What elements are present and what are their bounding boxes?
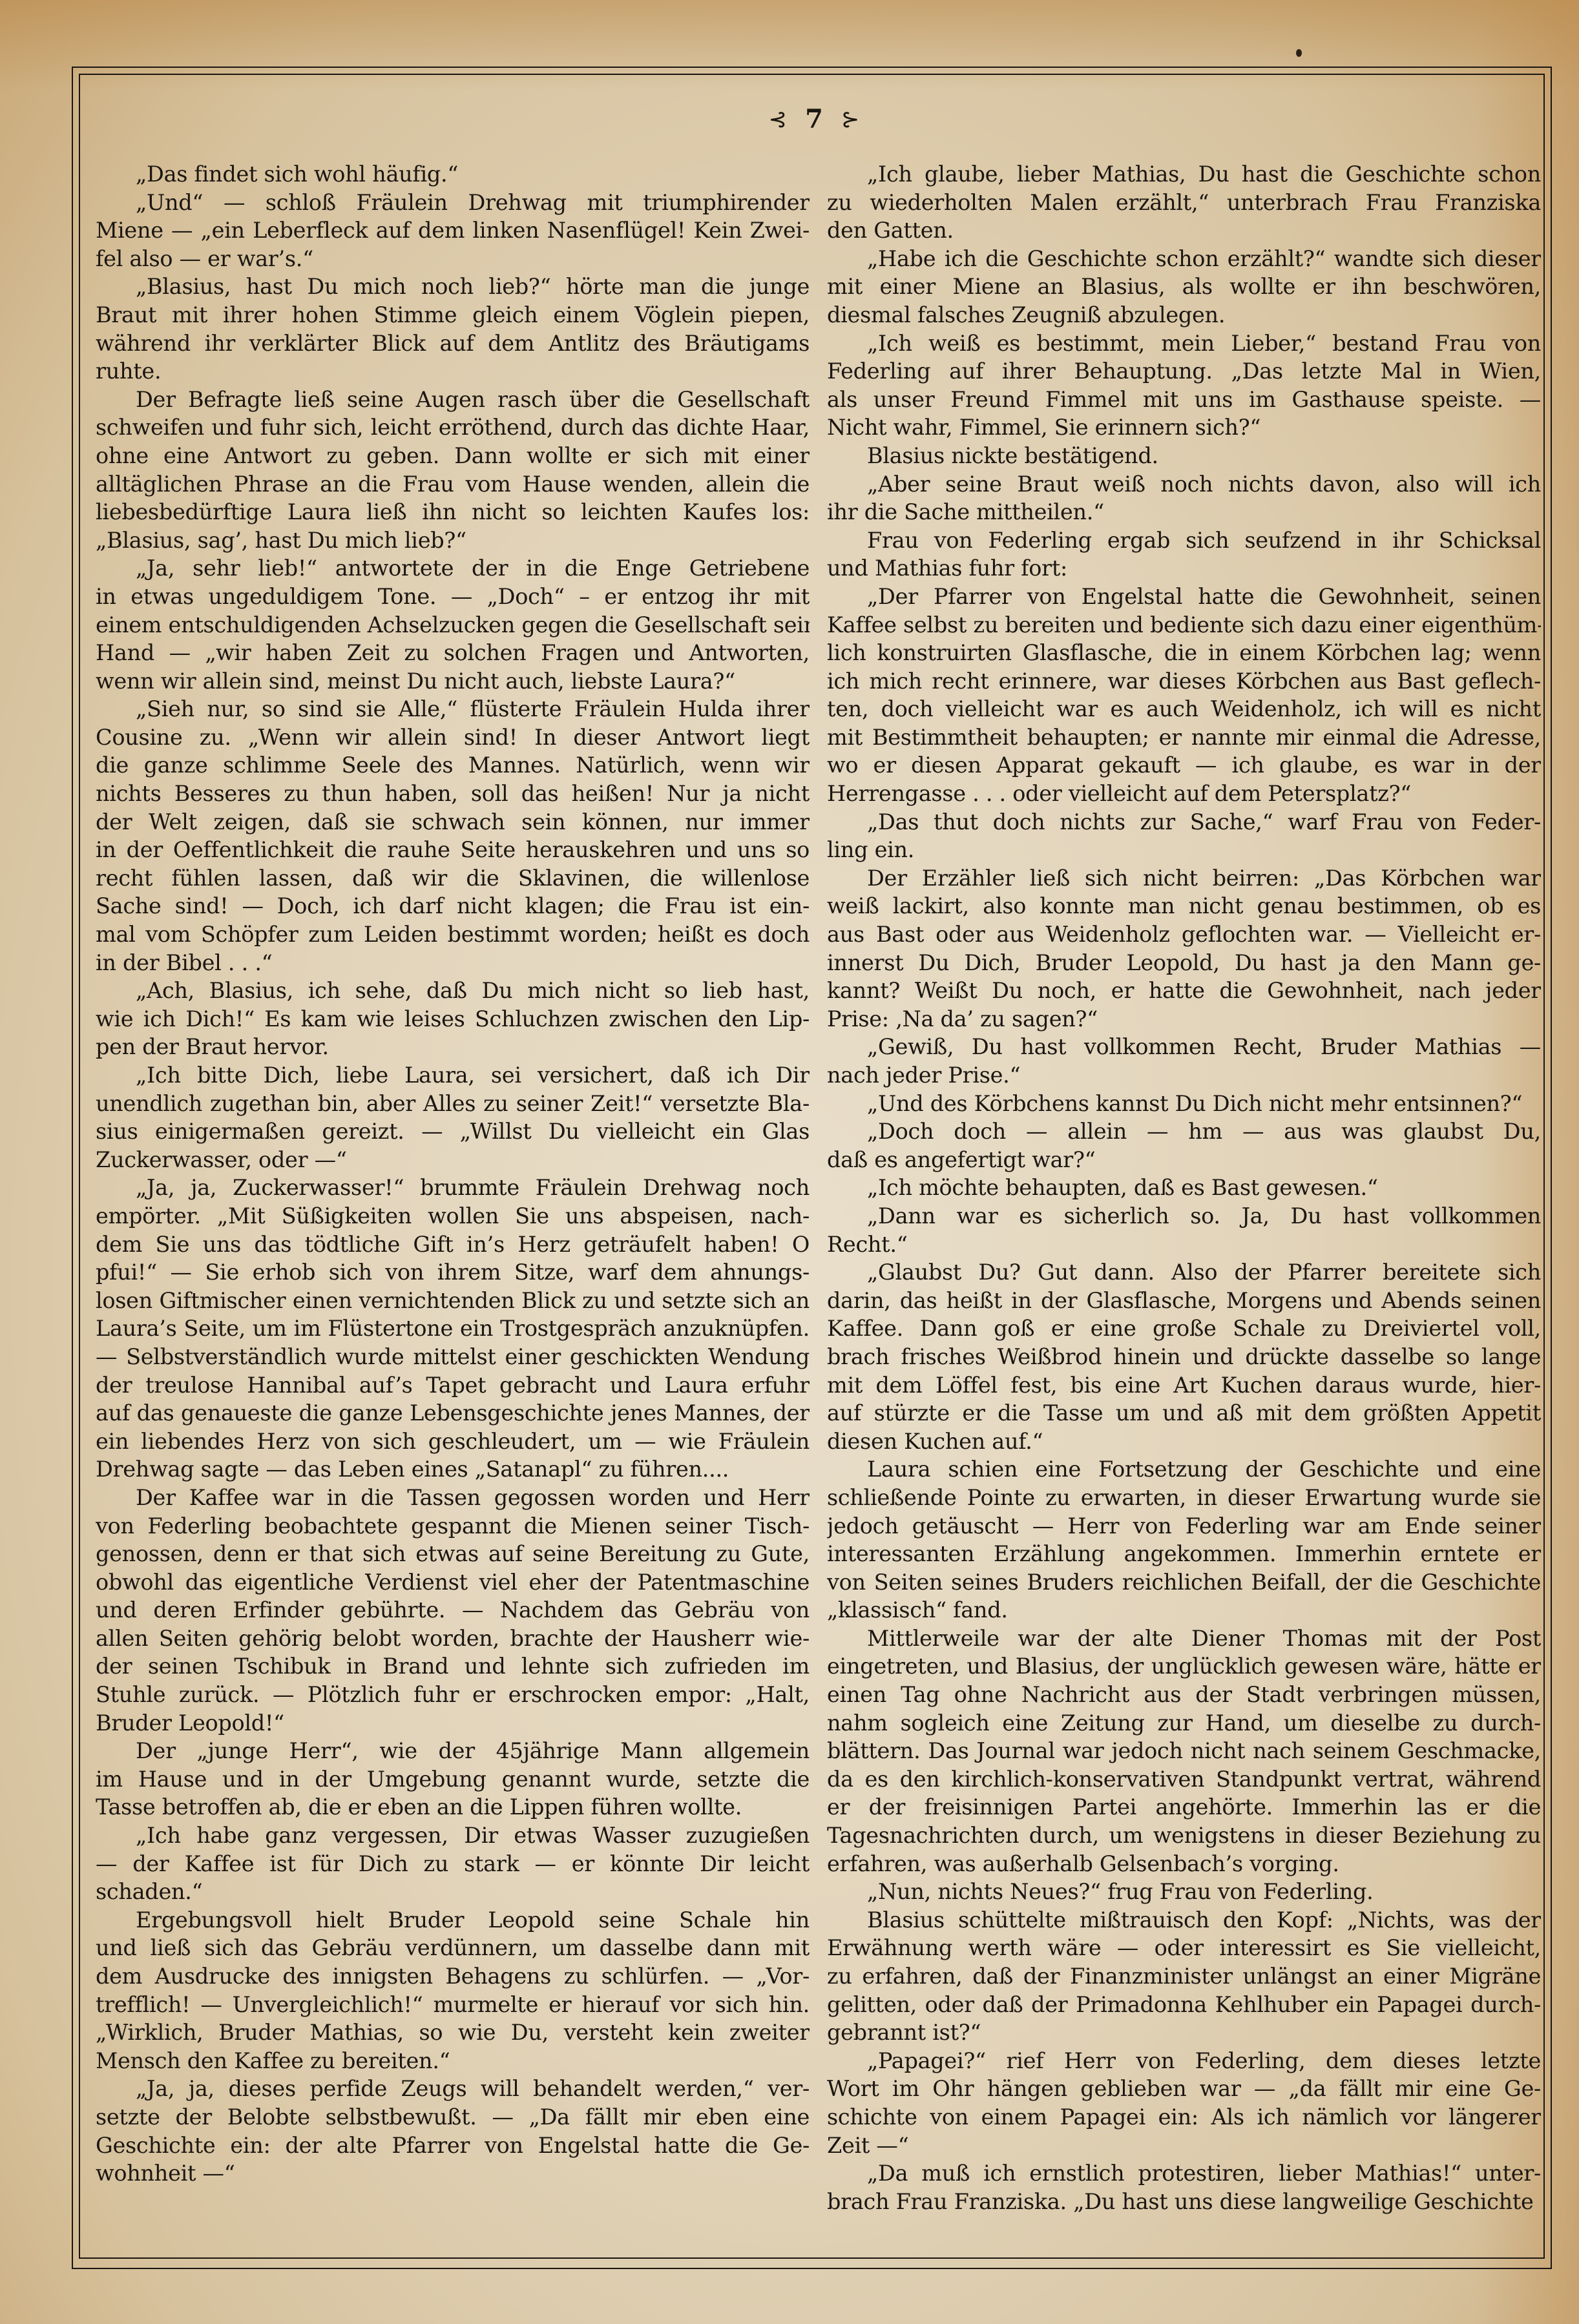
text-line: pfui!“ — Sie erhob sich von ihrem Sitze,… (96, 1258, 810, 1287)
text-line: da es den kirchlich-konservativen Standp… (827, 1765, 1541, 1794)
paragraph: Laura schien eine Fortsetzung der Geschi… (827, 1455, 1541, 1624)
paragraph: „Sieh nur, so sind sie Alle,“ flüsterte … (96, 695, 810, 977)
paragraph: Ergebungsvoll hielt Bruder Leopold seine… (96, 1906, 810, 2075)
page-number-header: ⊰ 7 ⊱ (743, 103, 885, 136)
text-line: erfahren, was außerhalb Gelsenbach’s vor… (827, 1850, 1541, 1878)
text-line: Recht.“ (827, 1230, 1541, 1259)
text-line: „Glaubst Du? Gut dann. Also der Pfarrer … (827, 1258, 1541, 1287)
text-line: schweifen und fuhr sich, leicht erröthen… (96, 413, 810, 442)
text-line: in der Oeffentlichkeit die rauhe Seite h… (96, 836, 810, 864)
text-line: „Das thut doch nichts zur Sache,“ warf F… (827, 808, 1541, 836)
text-line: ten, doch vielleicht war es auch Weidenh… (827, 695, 1541, 723)
text-line: „Und“ — schloß Fräulein Drehwag mit triu… (96, 189, 810, 217)
text-line: gebrannt ist?“ (827, 2018, 1541, 2047)
text-line: „Da muß ich ernstlich protestiren, liebe… (827, 2159, 1541, 2188)
text-line: Prise: ‚Na da’ zu sagen?“ (827, 1005, 1541, 1033)
paragraph: „Ich glaube, lieber Mathias, Du hast die… (827, 160, 1541, 245)
text-line: Hand — „wir haben Zeit zu solchen Fragen… (96, 639, 810, 667)
text-line: Federling auf ihrer Behauptung. „Das let… (827, 357, 1541, 386)
text-line: blättern. Das Journal war jedoch nicht n… (827, 1737, 1541, 1765)
text-line: Zeit —“ (827, 2132, 1541, 2160)
text-line: ruhte. (96, 357, 810, 386)
text-line: und Mathias fuhr fort: (827, 554, 1541, 583)
text-line: mit dem Löffel fest, bis eine Art Kuchen… (827, 1371, 1541, 1400)
paragraph: „Das findet sich wohl häufig.“ (96, 160, 810, 189)
paragraph: „Doch doch — allein — hm — aus was glaub… (827, 1117, 1541, 1174)
text-line: „Ich bitte Dich, liebe Laura, sei versic… (96, 1061, 810, 1090)
text-line: „Doch doch — allein — hm — aus was glaub… (827, 1117, 1541, 1146)
text-line: allen Seiten gehörig belobt worden, brac… (96, 1624, 810, 1653)
paragraph: „Gewiß, Du hast vollkommen Recht, Bruder… (827, 1033, 1541, 1089)
text-line: diesmal falsches Zeugniß abzulegen. (827, 301, 1541, 329)
text-line: Der Kaffee war in die Tassen gegossen wo… (96, 1484, 810, 1512)
text-line: darin, das heißt in der Glasflasche, Mor… (827, 1287, 1541, 1315)
page-number: 7 (805, 107, 823, 132)
text-column-left: „Das findet sich wohl häufig.“„Und“ — sc… (96, 160, 810, 2188)
text-line: und ließ sich das Gebräu verdünnern, um … (96, 1934, 810, 1962)
text-line: brach frisches Weißbrod hinein und drück… (827, 1343, 1541, 1371)
paragraph: „Dann war es sicherlich so. Ja, Du hast … (827, 1202, 1541, 1258)
text-line: „Das findet sich wohl häufig.“ (96, 160, 810, 189)
text-line: liebesbedürftige Laura ließ ihn nicht so… (96, 498, 810, 526)
text-line: auf stürzte er die Tasse um und aß mit d… (827, 1399, 1541, 1427)
text-line: Ergebungsvoll hielt Bruder Leopold seine… (96, 1906, 810, 1935)
text-line: wie ich Dich!“ Es kam wie leises Schluch… (96, 1005, 810, 1033)
text-line: „Papagei?“ rief Herr von Federling, dem … (827, 2047, 1541, 2075)
text-line: nichts Besseres zu thun haben, soll das … (96, 780, 810, 808)
text-line: losen Giftmischer einen vernichtenden Bl… (96, 1287, 810, 1315)
text-line: Der „junge Herr“, wie der 45jährige Mann… (96, 1737, 810, 1765)
text-line: „Blasius, hast Du mich noch lieb?“ hörte… (96, 273, 810, 301)
text-line: wohnheit —“ (96, 2159, 810, 2188)
text-line: Blasius nickte bestätigend. (827, 442, 1541, 470)
text-line: eingetreten, und Blasius, der unglücklic… (827, 1652, 1541, 1681)
text-line: „Ja, ja, Zuckerwasser!“ brummte Fräulein… (96, 1174, 810, 1202)
text-line: — Selbstverständlich wurde mittelst eine… (96, 1343, 810, 1371)
text-line: Wort im Ohr hängen geblieben war — „da f… (827, 2075, 1541, 2103)
paragraph: „Ja, ja, dieses perfide Zeugs will behan… (96, 2075, 810, 2187)
paragraph: „Da muß ich ernstlich protestiren, liebe… (827, 2159, 1541, 2215)
paragraph: „Glaubst Du? Gut dann. Also der Pfarrer … (827, 1258, 1541, 1455)
text-line: mit Bestimmtheit behaupten; er nannte mi… (827, 723, 1541, 752)
text-line: ich mich recht erinnere, war dieses Körb… (827, 667, 1541, 696)
text-line: genossen, denn er that sich etwas auf se… (96, 1540, 810, 1568)
text-line: „Und des Körbchens kannst Du Dich nicht … (827, 1090, 1541, 1118)
text-line: einen Tag ohne Nachricht aus der Stadt v… (827, 1681, 1541, 1709)
fleuron-right-icon: ⊱ (841, 109, 860, 130)
text-line: Braut mit ihrer hohen Stimme gleich eine… (96, 301, 810, 329)
text-line: „Aber seine Braut weiß noch nichts davon… (827, 470, 1541, 499)
text-line: jedoch getäuscht — Herr von Federling wa… (827, 1512, 1541, 1541)
paragraph: „Und“ — schloß Fräulein Drehwag mit triu… (96, 189, 810, 273)
text-line: Laura’s Seite, um im Flüstertone ein Tro… (96, 1314, 810, 1343)
text-line: mit einer Miene an Blasius, als wollte e… (827, 273, 1541, 301)
text-line: schließende Pointe zu erwarten, in diese… (827, 1484, 1541, 1512)
text-line: von Seiten seines Bruders reichlichen Be… (827, 1568, 1541, 1597)
text-line: zu wiederholten Malen erzählt,“ unterbra… (827, 189, 1541, 217)
paragraph: Der Befragte ließ seine Augen rasch über… (96, 386, 810, 555)
text-line: „Blasius, sag’, hast Du mich lieb?“ (96, 526, 810, 555)
text-line: setzte der Belobte selbstbewußt. — „Da f… (96, 2103, 810, 2132)
text-line: gelitten, oder daß der Primadonna Kehlhu… (827, 1991, 1541, 2019)
fleuron-left-icon: ⊰ (769, 109, 788, 130)
text-line: von Federling beobachtete gespannt die M… (96, 1512, 810, 1541)
text-line: „klassisch“ fand. (827, 1596, 1541, 1624)
paragraph: „Ich möchte behaupten, daß es Bast gewes… (827, 1174, 1541, 1202)
paragraph: „Papagei?“ rief Herr von Federling, dem … (827, 2047, 1541, 2159)
text-line: dem Ausdrucke des innigsten Behagens zu … (96, 1962, 810, 1991)
text-line: Cousine zu. „Wenn wir allein sind! In di… (96, 723, 810, 752)
paragraph: „Das thut doch nichts zur Sache,“ warf F… (827, 808, 1541, 864)
text-line: den Gatten. (827, 216, 1541, 245)
text-line: „Dann war es sicherlich so. Ja, Du hast … (827, 1202, 1541, 1230)
text-line: der seinen Tschibuk in Brand und lehnte … (96, 1652, 810, 1681)
text-line: Laura schien eine Fortsetzung der Geschi… (827, 1455, 1541, 1484)
text-line: Mensch den Kaffee zu bereiten.“ (96, 2047, 810, 2075)
text-line: Mittlerweile war der alte Diener Thomas … (827, 1624, 1541, 1653)
text-line: Der Erzähler ließ sich nicht beirren: „D… (827, 864, 1541, 893)
text-line: Herrengasse . . . oder vielleicht auf de… (827, 780, 1541, 808)
text-line: weiß lackirt, also konnte man nicht gena… (827, 892, 1541, 920)
text-line: er der freisinnigen Partei angehörte. Im… (827, 1793, 1541, 1821)
paragraph: „Habe ich die Geschichte schon erzählt?“… (827, 245, 1541, 329)
text-line: diesen Kuchen auf.“ (827, 1427, 1541, 1456)
text-line: Nicht wahr, Fimmel, Sie erinnern sich?“ (827, 413, 1541, 442)
paragraph: Der Kaffee war in die Tassen gegossen wo… (96, 1484, 810, 1737)
text-line: als unser Freund Fimmel mit uns im Gasth… (827, 386, 1541, 414)
paragraph: „Aber seine Braut weiß noch nichts davon… (827, 470, 1541, 526)
text-line: Stuhle zurück. — Plötzlich fuhr er ersch… (96, 1681, 810, 1709)
paragraph: „Ich weiß es bestimmt, mein Lieber,“ bes… (827, 329, 1541, 442)
paragraph: „Blasius, hast Du mich noch lieb?“ hörte… (96, 273, 810, 385)
text-line: Blasius schüttelte mißtrauisch den Kopf:… (827, 1906, 1541, 1935)
text-line: mal vom Schöpfer zum Leiden bestimmt wor… (96, 920, 810, 949)
text-line: Zuckerwasser, oder —“ (96, 1146, 810, 1174)
text-line: alltäglichen Phrase an die Frau vom Haus… (96, 470, 810, 499)
text-line: brach Frau Franziska. „Du hast uns diese… (827, 2188, 1541, 2216)
text-line: der treulose Hannibal auf’s Tapet gebrac… (96, 1371, 810, 1400)
text-line: „Habe ich die Geschichte schon erzählt?“… (827, 245, 1541, 273)
text-line: lich konstruirten Glasflasche, die in ei… (827, 639, 1541, 667)
text-line: Miene — „ein Leberfleck auf dem linken N… (96, 216, 810, 245)
text-line: während ihr verklärter Blick auf dem Ant… (96, 329, 810, 358)
text-line: — der Kaffee ist für Dich zu stark — er … (96, 1850, 810, 1878)
text-line: Erwähnung werth wäre — oder interessirt … (827, 1934, 1541, 1962)
text-line: kannt? Weißt Du noch, er hatte die Gewoh… (827, 977, 1541, 1005)
text-line: recht fühlen lassen, daß wir die Sklavin… (96, 864, 810, 893)
text-line: nahm sogleich eine Zeitung zur Hand, um … (827, 1709, 1541, 1738)
text-line: daß es angefertigt war?“ (827, 1146, 1541, 1174)
paragraph: Der „junge Herr“, wie der 45jährige Mann… (96, 1737, 810, 1821)
text-line: „Nun, nichts Neues?“ frug Frau von Feder… (827, 1878, 1541, 1906)
text-line: Der Befragte ließ seine Augen rasch über… (96, 386, 810, 414)
text-line: Geschichte ein: der alte Pfarrer von Eng… (96, 2132, 810, 2160)
paragraph: Blasius schüttelte mißtrauisch den Kopf:… (827, 1906, 1541, 2047)
text-line: ihr die Sache mittheilen.“ (827, 498, 1541, 526)
text-line: „Ja, sehr lieb!“ antwortete der in die E… (96, 554, 810, 583)
text-line: „Sieh nur, so sind sie Alle,“ flüsterte … (96, 695, 810, 723)
text-line: obwohl das eigentliche Verdienst viel eh… (96, 1568, 810, 1597)
text-line: Tagesnachrichten durch, um wenigstens in… (827, 1821, 1541, 1850)
text-line: unendlich zugethan bin, aber Alles zu se… (96, 1090, 810, 1118)
text-line: „Wirklich, Bruder Mathias, so wie Du, ve… (96, 2018, 810, 2047)
paragraph: „Der Pfarrer von Engelstal hatte die Gew… (827, 583, 1541, 808)
text-line: ohne eine Antwort zu geben. Dann wollte … (96, 442, 810, 470)
paragraph: Blasius nickte bestätigend. (827, 442, 1541, 470)
paragraph: Der Erzähler ließ sich nicht beirren: „D… (827, 864, 1541, 1033)
text-line: dem Sie uns das tödtliche Gift in’s Herz… (96, 1230, 810, 1259)
paragraph: „Und des Körbchens kannst Du Dich nicht … (827, 1090, 1541, 1118)
ink-speck (1296, 49, 1302, 57)
text-line: Frau von Federling ergab sich seufzend i… (827, 526, 1541, 555)
text-line: Drehwag sagte — das Leben eines „Satanap… (96, 1455, 810, 1484)
text-line: wo er diesen Apparat gekauft — ich glaub… (827, 751, 1541, 780)
text-line: „Der Pfarrer von Engelstal hatte die Gew… (827, 583, 1541, 611)
paragraph: „Ja, ja, Zuckerwasser!“ brummte Fräulein… (96, 1174, 810, 1484)
text-line: „Ja, ja, dieses perfide Zeugs will behan… (96, 2075, 810, 2103)
text-line: empörter. „Mit Süßigkeiten wollen Sie un… (96, 1202, 810, 1230)
text-line: zu erfahren, daß der Finanzminister unlä… (827, 1962, 1541, 1991)
paragraph: „Ja, sehr lieb!“ antwortete der in die E… (96, 554, 810, 695)
text-line: im Hause und in der Umgebung genannt wur… (96, 1765, 810, 1794)
text-line: sius einigermaßen gereizt. — „Willst Du … (96, 1117, 810, 1146)
text-line: und deren Erfinder gebührte. — Nachdem d… (96, 1596, 810, 1624)
text-line: wenn wir allein sind, meinst Du nicht au… (96, 667, 810, 696)
text-line: „Ach, Blasius, ich sehe, daß Du mich nic… (96, 977, 810, 1005)
text-line: Bruder Leopold!“ (96, 1709, 810, 1738)
text-line: Kaffee. Dann goß er eine große Schale zu… (827, 1314, 1541, 1343)
paragraph: Frau von Federling ergab sich seufzend i… (827, 526, 1541, 583)
paragraph: Mittlerweile war der alte Diener Thomas … (827, 1624, 1541, 1878)
text-line: schichte von einem Papagei ein: Als ich … (827, 2103, 1541, 2132)
text-line: schaden.“ (96, 1878, 810, 1906)
text-line: „Ich weiß es bestimmt, mein Lieber,“ bes… (827, 329, 1541, 358)
text-line: in der Bibel . . .“ (96, 949, 810, 977)
paragraph: „Ich bitte Dich, liebe Laura, sei versic… (96, 1061, 810, 1174)
paragraph: „Ich habe ganz vergessen, Dir etwas Wass… (96, 1821, 810, 1906)
text-line: nach jeder Prise.“ (827, 1061, 1541, 1090)
text-line: „Gewiß, Du hast vollkommen Recht, Bruder… (827, 1033, 1541, 1061)
text-line: in etwas ungeduldigem Tone. — „Doch“ – e… (96, 583, 810, 611)
text-line: „Ich habe ganz vergessen, Dir etwas Wass… (96, 1821, 810, 1850)
text-column-right: „Ich glaube, lieber Mathias, Du hast die… (827, 160, 1541, 2215)
text-line: ling ein. (827, 836, 1541, 864)
paragraph: „Ach, Blasius, ich sehe, daß Du mich nic… (96, 977, 810, 1061)
text-line: fel also — er war’s.“ (96, 245, 810, 273)
text-line: pen der Braut hervor. (96, 1033, 810, 1061)
text-line: ein liebendes Herz von sich geschleudert… (96, 1427, 810, 1456)
text-line: Tasse betroffen ab, die er eben an die L… (96, 1793, 810, 1821)
text-line: „Ich möchte behaupten, daß es Bast gewes… (827, 1174, 1541, 1202)
text-line: der Welt zeigen, daß sie schwach sein kö… (96, 808, 810, 836)
text-line: innerst Du Dich, Bruder Leopold, Du hast… (827, 949, 1541, 977)
text-line: die ganze schlimme Seele des Mannes. Nat… (96, 751, 810, 780)
text-line: trefflich! — Unvergleichlich!“ murmelte … (96, 1991, 810, 2019)
text-line: einem entschuldigenden Achselzucken gege… (96, 611, 810, 639)
text-line: Sache sind! — Doch, ich darf nicht klage… (96, 892, 810, 920)
text-line: aus Bast oder aus Weidenholz geflochten … (827, 920, 1541, 949)
text-line: interessanten Erzählung angekommen. Imme… (827, 1540, 1541, 1568)
text-line: auf das genaueste die ganze Lebensgeschi… (96, 1399, 810, 1427)
text-line: Kaffee selbst zu bereiten und bediente s… (827, 611, 1541, 639)
text-line: „Ich glaube, lieber Mathias, Du hast die… (827, 160, 1541, 189)
paragraph: „Nun, nichts Neues?“ frug Frau von Feder… (827, 1878, 1541, 1906)
